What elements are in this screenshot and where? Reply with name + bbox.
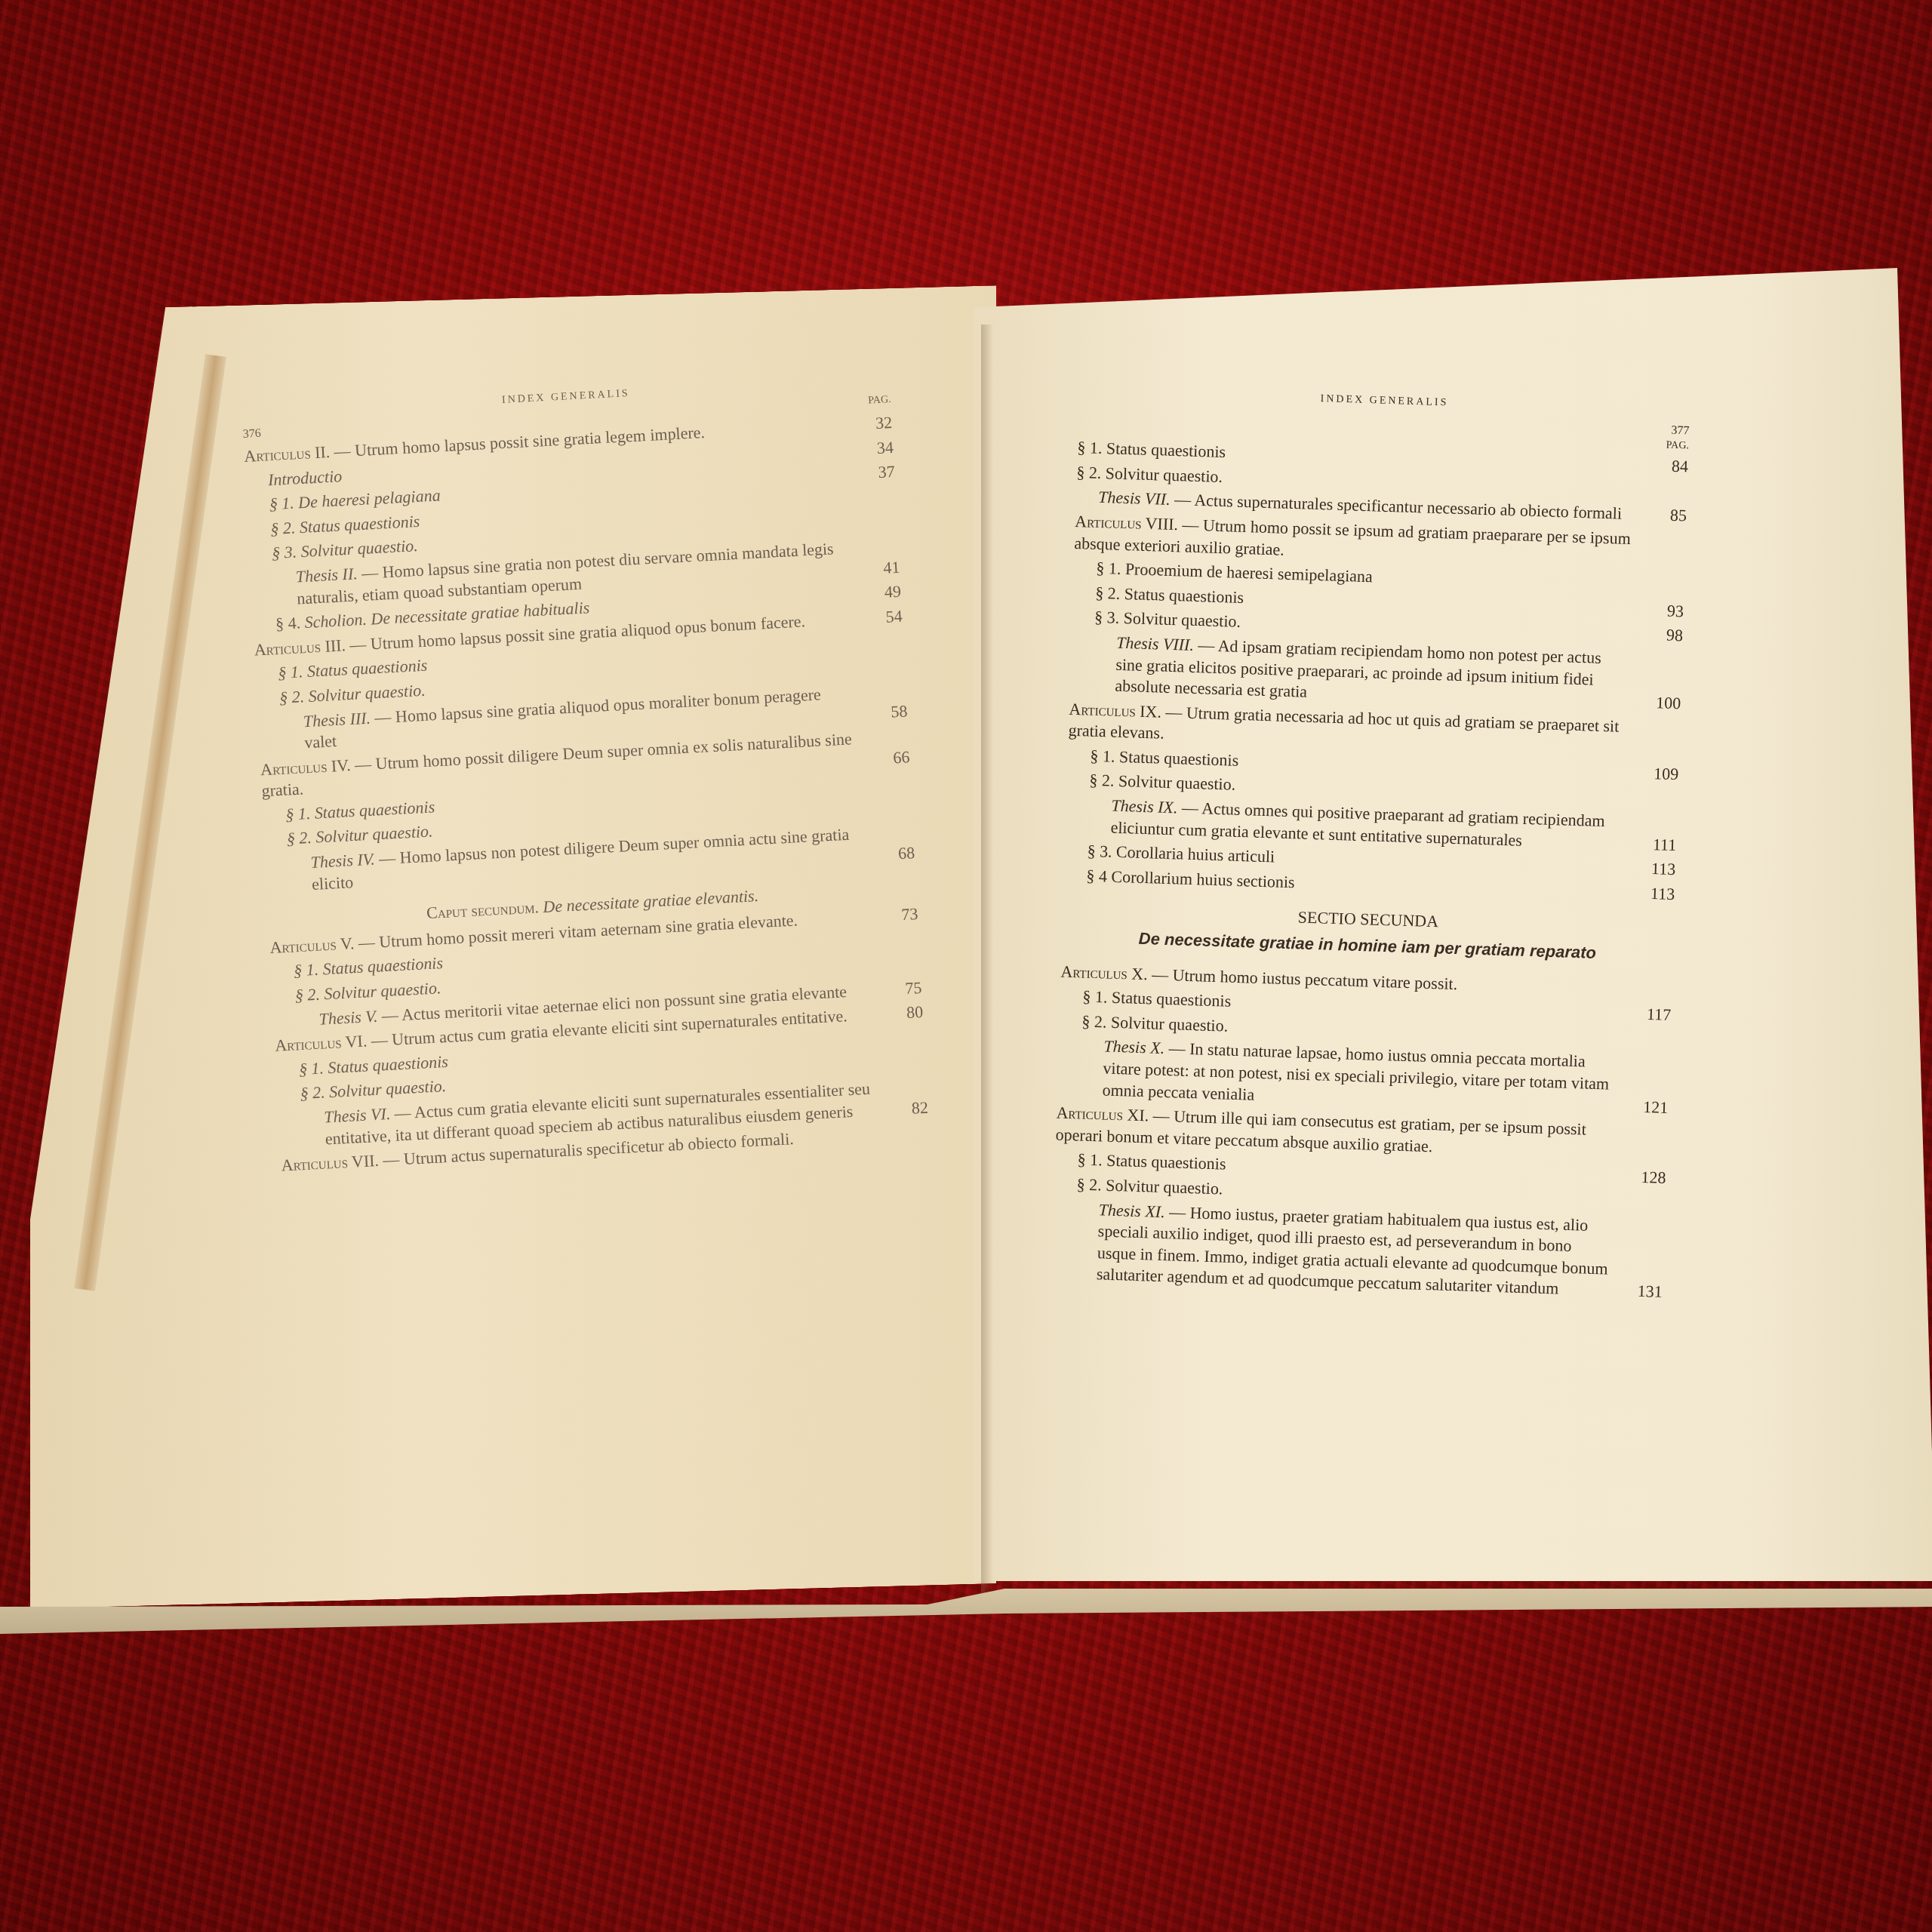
page-number: 377 <box>1671 423 1690 440</box>
toc-entry: Thesis XI. — Homo iustus, praeter gratia… <box>1051 1198 1665 1303</box>
page-number: 376 <box>242 426 261 443</box>
left-page-content: INDEX GENERALIS 376 PAG. Articulus II. —… <box>241 374 930 1180</box>
pag-label: PAG. <box>868 393 891 410</box>
right-page-content: INDEX GENERALIS 377 PAG. § 1. Status qua… <box>1051 385 1690 1306</box>
book-spine <box>981 325 993 1607</box>
